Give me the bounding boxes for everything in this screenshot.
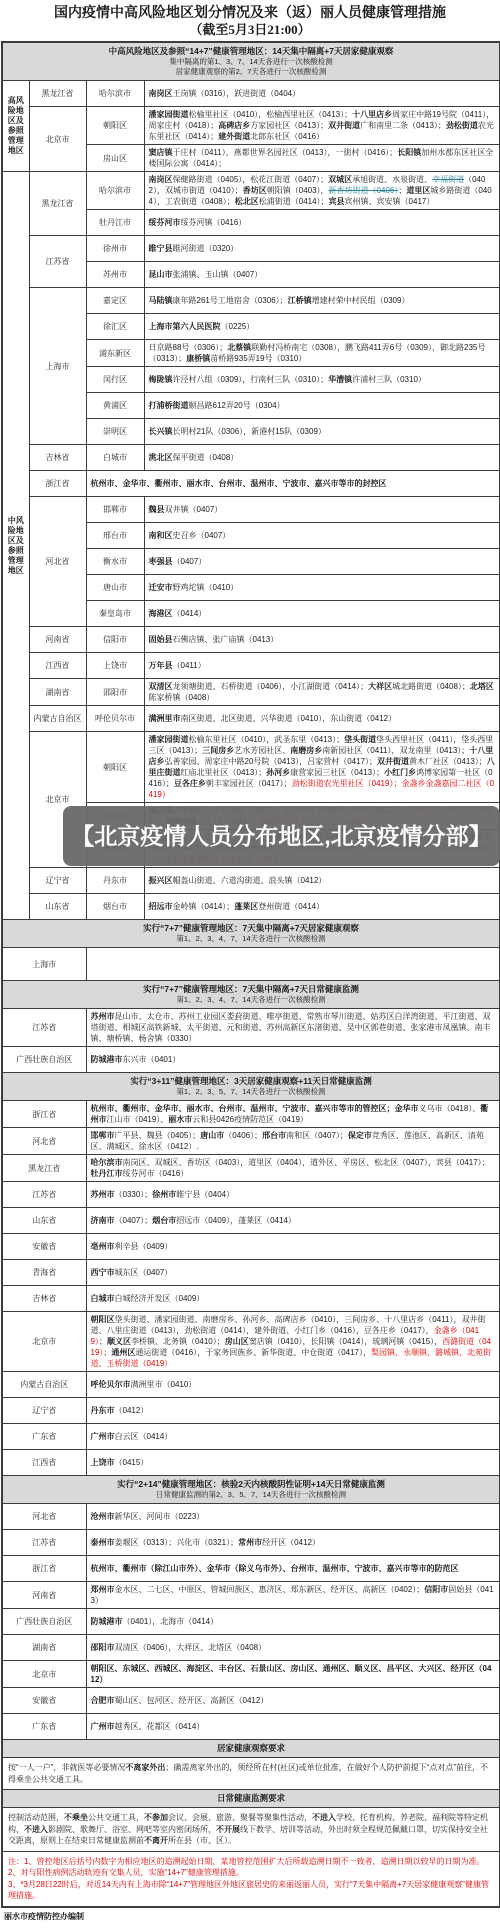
areas-text-segment: 西宁市: [91, 1268, 115, 1277]
areas-text-segment: 松榆里社区（0410），松榆西里社区（0413）；: [189, 110, 353, 119]
areas-text-segment: （0414）: [173, 609, 207, 618]
province-cell: 江苏省: [2, 1530, 86, 1556]
province-cell: 广西壮族自治区: [2, 1047, 86, 1073]
table-row: 江苏省徐州市睢宁县睢河街道（0320）: [2, 236, 500, 262]
areas-text-segment: 幸福街道: [432, 175, 464, 184]
notes-cell: 注：1、管控地区后括号内数字为相应地区的追溯起始日期，某地管控范围扩大后所载追溯…: [2, 1851, 500, 1907]
areas-text-segment: 朝阳镇（0403），: [267, 186, 329, 195]
section-header-row: 实行“7+7”健康管理地区：7天集中隔离+7天日常健康监测第1、2、3、4、7、…: [2, 981, 500, 1009]
city-cell: 呼伦贝尔市: [86, 706, 144, 732]
requirement-text: 控制活动范围，不乘坐公共交通工具，不参加会议、会展、旅游、聚餐等聚集性活动，不进…: [2, 1808, 500, 1852]
province-cell: 浙江省: [2, 1101, 86, 1128]
areas-text-segment: 广州市: [91, 1432, 115, 1441]
province-cell: 江苏省: [2, 1009, 86, 1047]
footer-credit: 丽水市疫情防控办编制: [0, 1908, 500, 1928]
section-header-row: 居家健康观察要求: [2, 1740, 500, 1758]
province-cell: 辽宁省: [2, 1398, 86, 1424]
areas-text-segment: 三间房乡: [202, 746, 234, 755]
city-cell: 嘉定区: [86, 288, 144, 314]
areas-cell: 满洲里市南区街道、北区街道、兴华街道（0410），东山街道（0412）: [144, 706, 500, 732]
table-row: 浙江省杭州市、衢州市、金华市、丽水市、台州市、温州市、宁波市、嘉兴市等市的管控区…: [2, 1101, 500, 1128]
section-header-line: 集中隔离的第1、3、7、14天各进行一次核酸检测: [5, 57, 497, 67]
areas-text-segment: 于庄村（0411），燕都世界名园社区（0413），一街村（0416）；: [173, 148, 398, 157]
areas-text-segment: 广州市: [91, 1722, 115, 1731]
areas-cell: 昆山市张浦镇、玉山镇（0407）: [144, 262, 500, 288]
areas-cell: 防城港市东兴市（0401）: [86, 1047, 500, 1073]
areas-text-segment: 新香坊街道（0406）: [329, 186, 399, 195]
province-cell: 内蒙古自治区: [29, 706, 86, 732]
areas-text-segment: 济南市: [91, 1216, 115, 1225]
table-row: 实行“2+14”健康管理地区：核验2天内核酸阴性证明+14天日常健康监测日常健康…: [2, 1476, 500, 1504]
areas-text-segment: 康营家园三社区（0413）；: [290, 768, 384, 777]
areas-cell: 上海市第六人民医院（0225）: [144, 314, 500, 340]
province-cell: 广西壮族自治区: [2, 1609, 86, 1635]
city-cell: 浦东新区: [86, 340, 144, 367]
province-cell: 江苏省: [29, 236, 86, 288]
areas-text-segment: 哈尔滨市: [91, 1158, 123, 1167]
table-row: 实行“7+7”健康管理地区：7天集中隔离+7天日常健康监测第1、2、3、4、7、…: [2, 981, 500, 1009]
areas-text-segment: 苏州市: [91, 1012, 115, 1021]
areas-text-segment: ；: [99, 1337, 107, 1346]
city-cell: 丹东市: [86, 868, 144, 894]
section-header-line: 第1、2、3、5、7、14天各进行一次核酸检测: [5, 1087, 497, 1097]
areas-text-segment: 顺昌路612弄20号（0304）: [189, 401, 285, 410]
areas-text-segment: 杭州市、衢州市（除江山市外）、金华市（除义乌市外）、台州市、温州市、宁波市、嘉兴…: [91, 1564, 459, 1573]
province-cell: 北京市: [2, 1661, 86, 1688]
section-header-line: 实行“7+7”健康管理地区：7天集中隔离+7天居家健康观察: [5, 923, 497, 934]
areas-text-segment: 潘家园街道: [149, 735, 189, 744]
areas-text-segment: 不进入: [312, 1813, 336, 1822]
areas-text-segment: 华漕镇: [328, 375, 352, 384]
areas-text-segment: 上饶市: [91, 1458, 115, 1467]
areas-text-segment: 窦店镇（0410），长阳镇（0414），琉璃河镇（0415），: [249, 1337, 442, 1346]
table-row: 北京市朝阳区垡头街道、潘家园街道、南磨房乡、孙河乡、高碑店乡（0410），三间房…: [2, 1312, 500, 1372]
areas-text-segment: 影剧院、歌舞厅、浴室、网吧等室内密闭场所，: [48, 1825, 216, 1834]
province-cell: 河南省: [29, 627, 86, 653]
areas-text-segment: 艺水芳园社区、: [234, 746, 290, 755]
areas-text-segment: 招远市: [149, 902, 173, 911]
areas-cell: 潘家园街道松榆里社区（0410），松榆西里社区（0413）；十八里店乡周家庄中路…: [144, 107, 500, 145]
table-row: 浙江省杭州市、衢州市（除江山市外）、金华市（除义乌市外）、台州市、温州市、宁波市…: [2, 1556, 500, 1582]
city-cell: 烟台市: [86, 894, 144, 920]
areas-cell: 迁安市野鸡坨镇（0410）: [144, 575, 500, 601]
areas-text-segment: 打浦桥街道: [149, 401, 189, 410]
section-header-row: 实行“2+14”健康管理地区：核验2天内核酸阴性证明+14天日常健康监测日常健康…: [2, 1476, 500, 1504]
areas-text-segment: 招远市（0409），蓬莱区（0414）: [176, 1216, 296, 1225]
province-cell: 内蒙古自治区: [2, 1372, 86, 1398]
table-row: 安徽省亳州市利辛县（0409）: [2, 1234, 500, 1260]
areas-text-segment: 江桥镇: [288, 296, 312, 305]
areas-text-segment: 防城港市: [91, 1055, 123, 1064]
areas-text-segment: 潘家园街道: [149, 110, 189, 119]
table-row: 安徽省合肥市蜀山区、包河区、经开区、高新区（0412）: [2, 1688, 500, 1714]
note-line: 3、*3月28日22时后，对近14天内有上海市除“14+7”管理地区外地区旅居史…: [8, 1879, 494, 1902]
areas-text-segment: 康年路261号工地宿舍（0306）；: [173, 296, 288, 305]
areas-cell: 招远市金岭镇（0414）；蓬莱区登州街道（0414）: [144, 894, 500, 920]
areas-text-segment: 睢宁县: [149, 244, 173, 253]
areas-text-segment: 呼伦贝尔市: [91, 1380, 131, 1389]
areas-text-segment: （0411）: [173, 661, 206, 670]
areas-text-segment: 朝阳区、东城区、西城区、海淀区、丰台区、石景山区、房山区、通州区、顺义区、昌平区…: [91, 1664, 492, 1684]
areas-text-segment: 固始县: [149, 635, 173, 644]
province-cell: 江西省: [2, 1450, 86, 1476]
areas-text-segment: 南磨房乡: [290, 746, 322, 755]
table-row: 山东省烟台市招远市金岭镇（0414）；蓬莱区登州街道（0414）: [2, 894, 500, 920]
areas-text-segment: 康桥镇: [186, 354, 210, 363]
note-line: 注：1、管控地区后括号内数字为相应地区的追溯起始日期，某地管控范围扩大后所载追溯…: [8, 1856, 494, 1868]
areas-text-segment: 合肥市: [91, 1696, 115, 1705]
areas-text-segment: 许浦村三队（0310）: [352, 375, 426, 384]
areas-text-segment: 松浦街道（0414）；: [259, 197, 329, 206]
table-row: 江西省上饶市万年县（0411）: [2, 653, 500, 679]
province-cell: 黑龙江省: [2, 1155, 86, 1182]
province-cell: 安徽省: [2, 1688, 86, 1714]
table-row: 河北省沧州市新华区、河间市（0223）: [2, 1504, 500, 1530]
city-cell: 朝阳区: [86, 732, 144, 803]
areas-text-segment: （0415）: [115, 1458, 149, 1467]
areas-text-segment: 顺义区: [107, 1337, 131, 1346]
table-row: 居家健康观察要求: [2, 1740, 500, 1758]
table-row: 中高风险地区及参照“14+7”健康管理地区：14天集中隔离+7天居家健康观察集中…: [2, 42, 500, 81]
table-row: 上海市嘉定区马陆镇康年路261号工地宿舍（0306）；江桥镇增建村荣中村民组（0…: [2, 288, 500, 314]
risk-label-cell: 高风险地区及参照管理地区: [2, 81, 29, 172]
areas-text-segment: 城北路街道（0408）；: [392, 682, 470, 691]
areas-text-segment: 日京路88号（0306）；: [149, 343, 228, 352]
areas-text-segment: 苗桥路935弄19号（0310）: [210, 354, 306, 363]
areas-text-segment: 十八里店乡: [352, 110, 392, 119]
city-cell: 哈尔滨市: [86, 81, 144, 107]
areas-cell: 双清区龙须塘街道、石桥街道（0406），小江湖街道（0414）；大祥区城北路街道…: [144, 679, 500, 706]
city-cell: 徐州市: [86, 236, 144, 262]
areas-cell: 长兴镇长明村21队（0306），新港村15队（0309）: [144, 419, 500, 445]
areas-text-segment: 经开区（0412）: [262, 1538, 320, 1547]
province-cell: 黑龙江省: [29, 172, 86, 236]
areas-cell: 朝阳区、东城区、西城区、海淀区、丰台区、石景山区、房山区、通州区、顺义区、昌平区…: [86, 1661, 500, 1688]
areas-text-segment: 增建村荣中村民组（0309）: [312, 296, 410, 305]
city-cell: 牡丹江市: [86, 210, 144, 236]
areas-text-segment: 双清区（0406），大祥区、北塔区（0408）: [115, 1643, 267, 1652]
table-row: 江苏省苏州市（0330）；徐州市睢宁县（0404）: [2, 1182, 500, 1208]
province-cell: 上海市: [2, 948, 86, 981]
section-header-row: 中高风险地区及参照“14+7”健康管理地区：14天集中隔离+7天居家健康观察集中…: [2, 42, 500, 81]
areas-cell: 呼伦贝尔市满洲里市（0410）: [86, 1372, 500, 1398]
areas-text-segment: 松榆东里社区（0410），武圣东里（0413）；: [189, 735, 345, 744]
areas-cell: 杭州市、衢州市、金华市、丽水市、台州市、温州市、宁波市、嘉兴市等市的管控区；金华…: [86, 1101, 500, 1128]
areas-text-segment: 白城市: [91, 1294, 115, 1303]
table-row: 广东省广州市越秀区、花都区（0414）: [2, 1714, 500, 1740]
areas-cell: 广州市越秀区、花都区（0414）: [86, 1714, 500, 1740]
areas-text-segment: 马陆镇: [149, 296, 173, 305]
areas-text-segment: 迁安市: [149, 583, 173, 592]
areas-text-segment: 北蔡镇: [227, 343, 251, 352]
areas-text-segment: 亳州市: [91, 1242, 115, 1251]
areas-text-segment: 上海市第六人民医院: [149, 322, 221, 331]
areas-text-segment: 杭州市、金华市、衢州市、丽水市、台州市、温州市、宁波市、嘉兴市等市的封控区: [91, 479, 387, 488]
city-cell: 房山区: [86, 145, 144, 172]
areas-cell: 马陆镇康年路261号工地宿舍（0306）；江桥镇增建村荣中村民组（0309）: [144, 288, 500, 314]
province-cell: 安徽省: [2, 1234, 86, 1260]
areas-text-segment: 豆各庄乡: [174, 779, 206, 788]
areas-text-segment: 宾州镇、宾安镇（0417）: [345, 197, 435, 206]
city-cell: 徐汇区: [86, 314, 144, 340]
section-header-row: 实行“3+11”健康管理地区：3天居家健康观察+11天日常健康监测第1、2、3、…: [2, 1073, 500, 1101]
areas-cell: 邯郸市广平县、魏县（0405）；唐山市（0406）；邢台市南和区（0407）；保…: [86, 1128, 500, 1155]
areas-text-segment: 控制活动范围，: [8, 1813, 64, 1822]
areas-text-segment: （0330）；: [115, 1190, 153, 1199]
areas-text-segment: 满洲里市（0410）: [131, 1380, 197, 1389]
province-cell: 青海省: [2, 1260, 86, 1286]
areas-cell: 广州市白云区（0414）: [86, 1424, 500, 1450]
areas-text-segment: 魏县: [149, 505, 165, 514]
province-cell: 河南省: [2, 1582, 86, 1609]
table-row: 江苏省苏州市昆山市、太仓市、苏州工业园区娄葑街道、唯亭街道、常熟市琴川街道、姑苏…: [2, 1009, 500, 1047]
areas-cell: 杭州市、金华市、衢州市、丽水市、台州市、温州市、宁波市、嘉兴市等市的封控区: [86, 471, 500, 497]
areas-cell: 防城港市（0401），北海市（0414）: [86, 1609, 500, 1635]
table-row: 北京市朝阳区、东城区、西城区、海淀区、丰台区、石景山区、房山区、通州区、顺义区、…: [2, 1661, 500, 1688]
section-header-line: 实行“7+7”健康管理地区：7天集中隔离+7天日常健康监测: [5, 984, 497, 995]
areas-text-segment: 义乌市（0418）、: [419, 1104, 481, 1113]
areas-text-segment: 金岭镇（0414）；: [173, 902, 235, 911]
section-header-line: 中高风险地区及参照“14+7”健康管理地区：14天集中隔离+7天居家健康观察: [5, 46, 497, 57]
areas-cell: 振兴区帽盔山街道、六道沟街道、浪头镇（0412）: [144, 868, 500, 894]
areas-text-segment: 云和县0426疫情防范区（0419）: [192, 1115, 308, 1124]
areas-cell: 魏县双井镇（0407）: [144, 497, 500, 523]
areas-text-segment: 张浦镇、玉山镇（0407）: [173, 270, 263, 279]
table-row: 内蒙古自治区呼伦贝尔市满洲里市南区街道、北区街道、兴华街道（0410），东山街道…: [2, 706, 500, 732]
table-row: 实行“3+11”健康管理地区：3天居家健康观察+11天日常健康监测第1、2、3、…: [2, 1073, 500, 1101]
table-row: 青海省西宁市城东区（0407）: [2, 1260, 500, 1286]
areas-text-segment: 满洲里市: [149, 714, 181, 723]
areas-text-segment: 承旭街道、水泉街道、: [352, 175, 432, 184]
areas-text-segment: 红庙北里社区（0413）；: [181, 768, 267, 777]
table-row: 高风险地区及参照管理地区黑龙江省哈尔滨市南岗区王岗镇（0316），跃进街道（04…: [2, 81, 500, 107]
table-row: 河南省郑州市金水区、二七区、中原区、管城回族区、惠济区、郑东新区、经开区、高新区…: [2, 1582, 500, 1609]
areas-cell: 杭州市、衢州市（除江山市外）、金华市（除义乌市外）、台州市、温州市、宁波市、嘉兴…: [86, 1556, 500, 1582]
areas-text-segment: 许泾村八组（0309），行南村三队（0310）；: [173, 375, 329, 384]
table-row: 江苏省泰州市姜堰区（0313）；兴化市（0321）；常州市经开区（0412）: [2, 1530, 500, 1556]
section-header-line: 实行“2+14”健康管理地区：核验2天内核酸阴性证明+14天日常健康监测: [5, 1479, 497, 1490]
areas-text-segment: 广平县、魏县（0405）；: [115, 1131, 201, 1140]
city-cell: 白城市: [86, 445, 144, 471]
areas-text-segment: 黄木厂社区（0413）；: [409, 757, 487, 766]
city-cell: 衡水市: [86, 549, 144, 575]
table-row: 按“一人一户”，非就医等必要情况不离家外出；确需离家外出的，须经所在村(社区)或…: [2, 1758, 500, 1790]
areas-text-segment: 东兴市（0401）: [123, 1055, 181, 1064]
city-cell: 唐山市: [86, 575, 144, 601]
table-row: 上海市: [2, 948, 500, 981]
city-cell: 邵阳市: [86, 679, 144, 706]
areas-text-segment: 龙须塘街道、石桥街道（0406），小江湖街道（0414）；: [173, 682, 369, 691]
areas-cell: 南岗区保健路街道（0405），松花江街道（0407）；双城区承旭街道、水泉街道、…: [144, 172, 500, 210]
areas-text-segment: 双井街道: [328, 121, 360, 130]
areas-cell: 丹东市（0412）: [86, 1398, 500, 1424]
table-row: 浙江省杭州市、金华市、衢州市、丽水市、台州市、温州市、宁波市、嘉兴市等市的封控区: [2, 471, 500, 497]
areas-text-segment: 南岗区、双城区、香坊区（0403），道里区（0404），道外区、平房区、松北区（…: [123, 1158, 490, 1167]
city-cell: 哈尔滨市: [86, 172, 144, 210]
areas-text-segment: 江山市（0419）、: [107, 1115, 169, 1124]
table-row: 广东省广州市白云区（0414）: [2, 1424, 500, 1450]
areas-text-segment: 绥芬河镇（0416）: [181, 218, 247, 227]
table-row: 广西壮族自治区防城港市东兴市（0401）: [2, 1047, 500, 1073]
province-cell: 湖南省: [29, 679, 86, 706]
areas-text-segment: 南区街道、北区街道、兴华街道（0410），东山街道（0412）: [181, 714, 397, 723]
areas-text-segment: 北塔区: [470, 682, 494, 691]
province-cell: 广东省: [2, 1424, 86, 1450]
areas-text-segment: 睢宁县（0404）: [176, 1190, 234, 1199]
province-cell: 广东省: [2, 1714, 86, 1740]
section-header-row: 日常健康监测要求: [2, 1790, 500, 1808]
areas-text-segment: 万年县: [149, 661, 173, 670]
table-row: 北京市朝阳区潘家园街道松榆东里社区（0410），武圣东里（0413）；垡头街道垡…: [2, 732, 500, 803]
areas-text-segment: 白云区（0414）: [115, 1432, 173, 1441]
areas-text-segment: 绥芬河市: [149, 218, 181, 227]
page-title-line2: （截至5月3日21:00）: [10, 22, 490, 38]
province-cell: 河北省: [2, 1504, 86, 1530]
areas-cell: 日京路88号（0306）；北蔡镇联勤村冯桥南宅（0308），鹏飞路411弄6号（…: [144, 340, 500, 367]
city-cell: 闵行区: [86, 367, 144, 393]
areas-text-segment: 建外街道: [218, 132, 250, 141]
areas-text-segment: 丹东市: [91, 1406, 115, 1415]
areas-text-segment: 史召乡（0407）: [173, 531, 231, 540]
areas-text-segment: 蜀山区、包河区、经开区、高新区（0412）: [115, 1696, 269, 1705]
requirement-text: 按“一人一户”，非就医等必要情况不离家外出；确需离家外出的，须经所在村(社区)或…: [2, 1758, 500, 1790]
areas-cell: [86, 948, 500, 981]
city-cell: 朝阳区: [86, 107, 144, 145]
areas-text-segment: 李桥镇、北务镇（0410）；: [131, 1337, 225, 1346]
areas-cell: 沧州市新华区、河间市（0223）: [86, 1504, 500, 1530]
areas-text-segment: 不离家外出: [125, 1763, 165, 1772]
section-header-line: 第1、2、3、4、7、14天各进行一次核酸检测: [5, 934, 497, 944]
areas-text-segment: 昆山市: [149, 270, 173, 279]
province-cell: 辽宁省: [29, 868, 86, 894]
table-row: 山东省济南市（0407）；烟台市招远市（0409），蓬莱区（0414）: [2, 1208, 500, 1234]
risk-label-cell: 中风险地区及参照管理地区: [2, 172, 29, 920]
areas-cell: 潘家园街道松榆东里社区（0410），武圣东里（0413）；垡头街道垡头西里社区（…: [144, 732, 500, 803]
table-row: 日常健康监测要求: [2, 1790, 500, 1808]
areas-cell: 苏州市（0330）；徐州市睢宁县（0404）: [86, 1182, 500, 1208]
table-row: 辽宁省丹东市振兴区帽盔山街道、六道沟街道、浪头镇（0412）: [2, 868, 500, 894]
areas-text-segment: 南新园社区（0411），双龙南里（0413）；: [322, 746, 469, 755]
areas-text-segment: 不乘坐: [64, 1813, 88, 1822]
areas-text-segment: 小红门乡: [384, 768, 416, 777]
areas-text-segment: 金华市: [395, 1104, 419, 1113]
areas-cell: 西宁市城东区（0407）: [86, 1260, 500, 1286]
table-row: 北京市朝阳区潘家园街道松榆里社区（0410），松榆西里社区（0413）；十八里店…: [2, 107, 500, 145]
areas-text-segment: 保定市: [348, 1131, 372, 1140]
city-cell: 信阳市: [86, 627, 144, 653]
areas-cell: 窦店镇于庄村（0411），燕都世界名园社区（0413），一街村（0416）；长阳…: [144, 145, 500, 172]
areas-text-segment: 双城区: [328, 175, 352, 184]
areas-text-segment: 南岗区: [149, 175, 173, 184]
areas-text-segment: 双井街道: [377, 757, 409, 766]
areas-text-segment: 垡头街道、潘家园街道、南磨房乡、孙河乡、高碑店乡（0410），三间房乡、十八里店…: [91, 1315, 486, 1335]
areas-text-segment: 弘善家园、周家庄中路20号院（0413），吕家营村（0417）；: [165, 757, 378, 766]
areas-text-segment: 王岗镇（0316），跃进街道（0404）: [173, 89, 301, 98]
areas-text-segment: 信阳市: [424, 1585, 448, 1594]
province-cell: 河北省: [29, 497, 86, 627]
table-row: 辽宁省丹东市（0412）: [2, 1398, 500, 1424]
areas-text-segment: 北郎东社区（0416）: [250, 132, 324, 141]
areas-cell: 梅陇镇许泾村八组（0309），行南村三队（0310）；华漕镇许浦村三队（0310…: [144, 367, 500, 393]
city-cell: 苏州市: [86, 262, 144, 288]
section-header-line: 实行“3+11”健康管理地区：3天居家健康观察+11天日常健康监测: [5, 1076, 497, 1087]
section-header-line: 日常健康监测要求: [5, 1793, 497, 1804]
province-cell: 吉林省: [2, 1286, 86, 1312]
areas-cell: 泰州市姜堰区（0313）；兴化市（0321）；常州市经开区（0412）: [86, 1530, 500, 1556]
table-row: 湖南省邵阳市双清区龙须塘街道、石桥街道（0406），小江湖街道（0414）；大祥…: [2, 679, 500, 706]
areas-text-segment: 双井镇（0407）: [165, 505, 223, 514]
areas-text-segment: 保平街道（0408）: [173, 453, 239, 462]
table-row: 广西壮族自治区防城港市（0401），北海市（0414）: [2, 1609, 500, 1635]
areas-text-segment: 登州街道（0414）: [258, 902, 324, 911]
areas-text-segment: 振兴区: [149, 876, 173, 885]
areas-text-segment: 泰州市: [91, 1538, 115, 1547]
areas-text-segment: 按“一人一户”，非就医等必要情况: [8, 1763, 125, 1772]
areas-text-segment: 牡丹江市: [91, 1169, 123, 1178]
table-row: 黑龙江省哈尔滨市南岗区、双城区、香坊区（0403），道里区（0404），道外区、…: [2, 1155, 500, 1182]
areas-cell: 白城市白城经济开发区（0409）: [86, 1286, 500, 1312]
areas-text-segment: （0225）: [221, 322, 255, 331]
province-cell: 湖南省: [2, 1635, 86, 1661]
city-cell: 邢台市: [86, 523, 144, 549]
areas-text-segment: 郑州市: [91, 1585, 115, 1594]
areas-cell: 枣强县（0407）: [144, 549, 500, 575]
province-cell: 黑龙江省: [29, 81, 86, 107]
areas-cell: 上饶市（0415）: [86, 1450, 500, 1476]
areas-text-segment: 孙河乡: [266, 768, 290, 777]
table-row: 中风险地区及参照管理地区黑龙江省哈尔滨市南岗区保健路街道（0405），松花江街道…: [2, 172, 500, 210]
areas-text-segment: 陈家桥镇（0408）: [149, 693, 215, 702]
table-row: 河北省邯郸市广平县、魏县（0405）；唐山市（0406）；邢台市南和区（0407…: [2, 1128, 500, 1155]
city-cell: 崇明区: [86, 419, 144, 445]
areas-cell: 南岗区王岗镇（0316），跃进街道（0404）: [144, 81, 500, 107]
areas-cell: 邵阳市双清区（0406），大祥区、北塔区（0408）: [86, 1635, 500, 1661]
areas-text-segment: 城东区（0407）: [115, 1268, 173, 1277]
areas-text-segment: 杭州市、衢州市、金华市、丽水市、台州市、温州市、宁波市、嘉兴市等市的管控区；: [91, 1104, 395, 1113]
areas-text-segment: 南岗区: [149, 89, 173, 98]
areas-text-segment: 窦店镇: [149, 148, 173, 157]
section-header-line: 日常健康监测的第2、3、5、7、14天各进行一次核酸检测: [5, 1490, 497, 1500]
areas-cell: 南和区史召乡（0407）: [144, 523, 500, 549]
areas-text-segment: 洮北区: [149, 453, 173, 462]
province-cell: 北京市: [29, 107, 86, 172]
province-cell: 浙江省: [2, 1556, 86, 1582]
areas-cell: 苏州市昆山市、太仓市、苏州工业园区娄葑街道、唯亭街道、常熟市琴川街道、姑苏区白洋…: [86, 1009, 500, 1047]
areas-text-segment: 姜堰区（0313）；兴化市（0321）；: [115, 1538, 239, 1547]
table-row: 控制活动范围，不乘坐公共交通工具，不参加会议、会展、旅游、聚餐等聚集性活动，不进…: [2, 1808, 500, 1852]
areas-text-segment: 垡头街道: [344, 735, 376, 744]
section-header-line: 第1、2、3、4、7、14天各进行一次核酸检测: [5, 995, 497, 1005]
province-cell: 浙江省: [29, 471, 86, 497]
section-header-line: 居家健康观察要求: [5, 1743, 497, 1754]
areas-text-segment: 长兴镇: [149, 427, 173, 436]
areas-text-segment: 蓬莱区: [234, 902, 258, 911]
areas-text-segment: 不进入: [24, 1825, 48, 1834]
areas-text-segment: 邢台市: [262, 1131, 286, 1140]
section-header-row: 实行“7+7”健康管理地区：7天集中隔离+7天居家健康观察第1、2、3、4、7、…: [2, 920, 500, 948]
areas-text-segment: 南和区（0407）；: [286, 1131, 348, 1140]
areas-text-segment: 常州市: [238, 1538, 262, 1547]
areas-text-segment: 广和南里二条（0413）；: [360, 121, 446, 130]
areas-text-segment: （0407）: [173, 557, 207, 566]
areas-text-segment: 邯郸市: [91, 1131, 115, 1140]
areas-text-segment: 道里区: [406, 186, 430, 195]
areas-text-segment: 不参加: [144, 1813, 168, 1822]
areas-text-segment: （0401），北海市（0414）: [123, 1617, 219, 1626]
areas-cell: 哈尔滨市南岗区、双城区、香坊区（0403），道里区（0404），道外区、平房区、…: [86, 1155, 500, 1182]
areas-cell: 亳州市利辛县（0409）: [86, 1234, 500, 1260]
table-row: 吉林省白城市洮北区保平街道（0408）: [2, 445, 500, 471]
